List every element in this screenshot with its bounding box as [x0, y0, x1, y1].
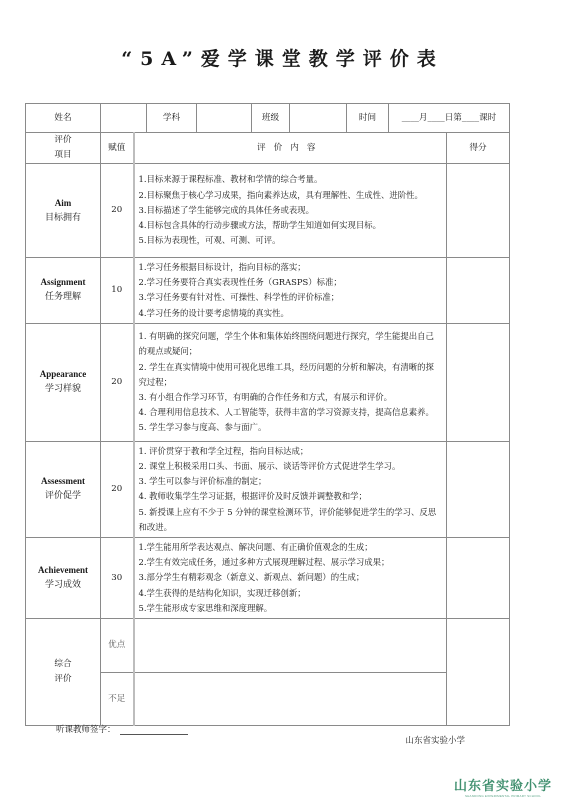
- strengths-field[interactable]: [134, 619, 447, 673]
- category-cell: Aim 目标拥有: [26, 164, 101, 258]
- table-row-appearance: Appearance 学习样貌 20 1. 有明确的探究问题，学生个体和集体始终…: [26, 323, 510, 441]
- score-field[interactable]: [447, 538, 510, 619]
- criterion: 2.学习任务要符合真实表现性任务（GRASPS）标准；: [139, 275, 443, 290]
- criterion: 5.学生能形成专家思维和深度理解。: [139, 601, 443, 616]
- time-label: 时间: [347, 104, 389, 133]
- criteria-cell: 1.学生能用所学表达观点、解决问题、有正确价值观念的生成； 2.学生有效完成任务…: [134, 538, 447, 619]
- subject-field[interactable]: [197, 104, 252, 133]
- category-cell: Assignment 任务理解: [26, 258, 101, 324]
- criterion: 5. 学生学习参与度高、参与面广。: [139, 420, 443, 435]
- school-name: 山东省实验小学: [405, 734, 465, 746]
- criterion: 4.目标包含具体的行动步骤或方法，帮助学生知道如何实现目标。: [139, 218, 443, 233]
- strengths-label: 优点: [101, 619, 134, 673]
- score-field[interactable]: [447, 441, 510, 537]
- criteria-cell: 1. 有明确的探究问题，学生个体和集体始终围绕问题进行探究，学生能提出自己的观点…: [134, 323, 447, 441]
- header-row: 评价 项目 赋值 评价内容 得分: [26, 133, 510, 164]
- item-header-line2: 项目: [26, 148, 100, 163]
- weight-cell: 20: [101, 164, 134, 258]
- school-logo: 山东省实验小学 SHANDONG EXPERIMENTAL PRIMARY SC…: [454, 775, 552, 798]
- evaluation-table: 姓名 学科 班级 时间 ____月____日第____课时 评价 项目 赋值 评…: [25, 103, 510, 726]
- criterion: 1.学习任务根据目标设计，指向目标的落实；: [139, 260, 443, 275]
- name-field[interactable]: [101, 104, 147, 133]
- criterion: 3.部分学生有精彩观念（新意义、新观点、新问题）的生成；: [139, 570, 443, 585]
- criterion: 3.学习任务要有针对性、可操性、科学性的评价标准；: [139, 290, 443, 305]
- criterion: 3. 有小组合作学习环节，有明确的合作任务和方式，有展示和评价。: [139, 390, 443, 405]
- summary-score-field[interactable]: [447, 619, 510, 726]
- category-en: Assessment: [26, 474, 100, 489]
- item-header-line1: 评价: [26, 133, 100, 148]
- info-row: 姓名 学科 班级 时间 ____月____日第____课时: [26, 104, 510, 133]
- category-en: Appearance: [26, 367, 100, 382]
- content-header: 评价内容: [134, 133, 447, 164]
- weaknesses-field[interactable]: [134, 673, 447, 726]
- table-row-aim: Aim 目标拥有 20 1.目标来源于课程标准、教材和学情的综合考量。 2.目标…: [26, 164, 510, 258]
- category-zh: 目标拥有: [26, 211, 100, 226]
- criterion: 2.目标聚焦于核心学习成果，指向素养达成，具有理解性、生成性、进阶性。: [139, 188, 443, 203]
- criteria-cell: 1.目标来源于课程标准、教材和学情的综合考量。 2.目标聚焦于核心学习成果，指向…: [134, 164, 447, 258]
- category-cell: Assessment 评价促学: [26, 441, 101, 537]
- weight-cell: 10: [101, 258, 134, 324]
- criterion: 4.学生获得的是结构化知识，实现迁移创新；: [139, 586, 443, 601]
- criterion: 4. 教师收集学生学习证据，根据评价及时反馈并调整教和学；: [139, 489, 443, 504]
- document-title: “5A”爱学课堂教学评价表: [0, 44, 565, 71]
- table-row-assignment: Assignment 任务理解 10 1.学习任务根据目标设计，指向目标的落实；…: [26, 258, 510, 324]
- category-zh: 任务理解: [26, 290, 100, 305]
- time-field[interactable]: ____月____日第____课时: [389, 104, 510, 133]
- weaknesses-label: 不足: [101, 673, 134, 726]
- summary-label-line2: 评价: [26, 672, 100, 687]
- weight-cell: 20: [101, 441, 134, 537]
- category-zh: 学习样貌: [26, 382, 100, 397]
- class-field[interactable]: [290, 104, 347, 133]
- class-label: 班级: [252, 104, 290, 133]
- weight-cell: 30: [101, 538, 134, 619]
- item-header: 评价 项目: [26, 133, 101, 164]
- criterion: 1. 评价贯穿于教和学全过程，指向目标达成；: [139, 444, 443, 459]
- weight-header: 赋值: [101, 133, 134, 164]
- logo-text-zh: 山东省实验小学: [454, 775, 552, 794]
- criterion: 4.学习任务的设计要考虑情境的真实性。: [139, 306, 443, 321]
- signature-label: 听课教师签字：: [56, 725, 116, 735]
- category-en: Aim: [26, 196, 100, 211]
- score-field[interactable]: [447, 164, 510, 258]
- category-zh: 评价促学: [26, 489, 100, 504]
- table-row-assessment: Assessment 评价促学 20 1. 评价贯穿于教和学全过程，指向目标达成…: [26, 441, 510, 537]
- weight-cell: 20: [101, 323, 134, 441]
- category-cell: Achievement 学习成效: [26, 538, 101, 619]
- category-en: Assignment: [26, 275, 100, 290]
- criteria-cell: 1.学习任务根据目标设计，指向目标的落实； 2.学习任务要符合真实表现性任务（G…: [134, 258, 447, 324]
- signature-area: 听课教师签字：: [56, 723, 188, 735]
- category-en: Achievement: [26, 563, 100, 578]
- criterion: 5.目标为表现性，可观、可测、可评。: [139, 233, 443, 248]
- logo-text-en: SHANDONG EXPERIMENTAL PRIMARY SCHOOL: [454, 794, 552, 798]
- criterion: 4. 合理利用信息技术、人工智能等，获得丰富的学习资源支持，提高信息素养。: [139, 405, 443, 420]
- summary-row-strengths: 综合 评价 优点: [26, 619, 510, 673]
- summary-label: 综合 评价: [26, 619, 101, 726]
- criterion: 1.学生能用所学表达观点、解决问题、有正确价值观念的生成；: [139, 540, 443, 555]
- criterion: 2. 课堂上积极采用口头、书面、展示、谈话等评价方式促进学生学习。: [139, 459, 443, 474]
- category-zh: 学习成效: [26, 578, 100, 593]
- criteria-cell: 1. 评价贯穿于教和学全过程，指向目标达成； 2. 课堂上积极采用口头、书面、展…: [134, 441, 447, 537]
- criterion: 1.目标来源于课程标准、教材和学情的综合考量。: [139, 172, 443, 187]
- subject-label: 学科: [147, 104, 197, 133]
- criterion: 5. 新授课上应有不少于 5 分钟的课堂检测环节，评价能够促进学生的学习、反思和…: [139, 505, 443, 535]
- summary-label-line1: 综合: [26, 657, 100, 672]
- name-label: 姓名: [26, 104, 101, 133]
- criterion: 2. 学生在真实情境中使用可视化思维工具，经历问题的分析和解决，有清晰的探究过程…: [139, 360, 443, 390]
- table-row-achievement: Achievement 学习成效 30 1.学生能用所学表达观点、解决问题、有正…: [26, 538, 510, 619]
- score-field[interactable]: [447, 258, 510, 324]
- signature-field[interactable]: [120, 725, 188, 735]
- category-cell: Appearance 学习样貌: [26, 323, 101, 441]
- criterion: 3.目标描述了学生能够完成的具体任务或表现。: [139, 203, 443, 218]
- criterion: 2.学生有效完成任务，通过多种方式展现理解过程、展示学习成果；: [139, 555, 443, 570]
- score-field[interactable]: [447, 323, 510, 441]
- criterion: 1. 有明确的探究问题，学生个体和集体始终围绕问题进行探究，学生能提出自己的观点…: [139, 329, 443, 359]
- criterion: 3. 学生可以参与评价标准的制定；: [139, 474, 443, 489]
- score-header: 得分: [447, 133, 510, 164]
